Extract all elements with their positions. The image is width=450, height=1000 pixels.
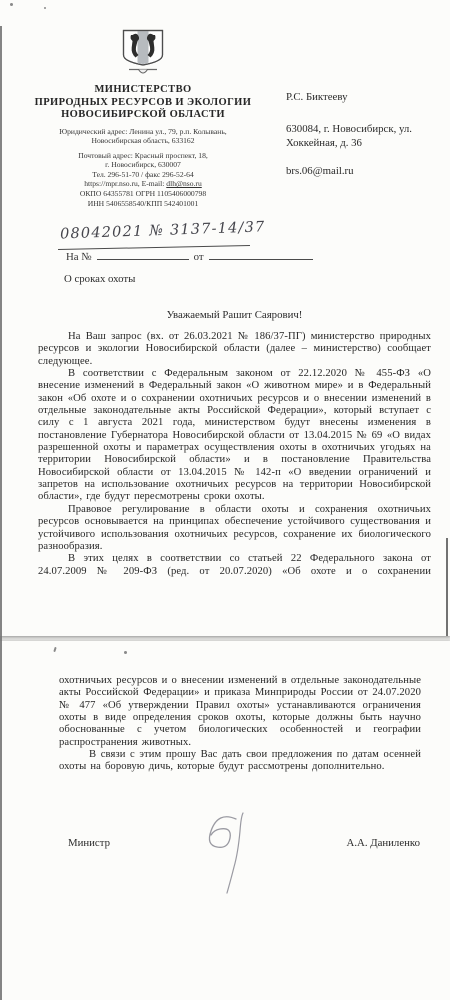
letter-page-2: охотничьих ресурсов и о внесении изменен…	[0, 641, 450, 1000]
in-reply-from: от	[194, 251, 204, 263]
scan-edge-shadow-right	[446, 538, 448, 636]
handwritten-registration-number: 08042021 № 3137-14/37	[60, 220, 260, 243]
blank-date-field	[209, 249, 313, 260]
paragraph: В этих целях в соответствии со статьей 2…	[38, 553, 431, 578]
inn-kpp-line: ИНН 5406558540/КПП 542401001	[24, 199, 262, 209]
scan-edge-shadow-left	[0, 26, 2, 1000]
okpo-ogrn-line: ОКПО 64355781 ОГРН 1105406000798	[24, 189, 262, 199]
addressee-address-line: 630084, г. Новосибирск, ул.	[286, 122, 446, 137]
postal-address-line: Почтовый адрес: Красный проспект, 18,	[24, 151, 262, 161]
paragraph: В связи с этим прошу Вас дать свои предл…	[59, 749, 421, 774]
scanned-letter: МИНИСТЕРСТВО ПРИРОДНЫХ РЕСУРСОВ И ЭКОЛОГ…	[0, 0, 450, 1000]
website-email-line: https://mpr.nso.ru, E-mail: dlh@nso.ru	[24, 179, 262, 189]
addressee-block: Р.С. Биктееву 630084, г. Новосибирск, ул…	[286, 90, 446, 178]
in-reply-to-line: На №от	[66, 249, 318, 263]
letter-page-1: МИНИСТЕРСТВО ПРИРОДНЫХ РЕСУРСОВ И ЭКОЛОГ…	[0, 0, 450, 636]
blank-number-field	[97, 249, 189, 260]
paragraph: Правовое регулирование в области охоты и…	[38, 504, 431, 553]
paragraph-continuation: охотничьих ресурсов и о внесении изменен…	[59, 675, 421, 749]
letter-body-page-2: охотничьих ресурсов и о внесении изменен…	[59, 675, 421, 774]
postal-address-line: г. Новосибирск, 630007	[24, 160, 262, 170]
ministry-name-line: НОВОСИБИРСКОЙ ОБЛАСТИ	[24, 109, 262, 122]
paragraph: На Ваш запрос (вх. от 26.03.2021 № 186/3…	[38, 331, 431, 368]
scan-speck	[44, 7, 46, 9]
email-link: dlh@nso.ru	[166, 179, 201, 188]
signer-name: А.А. Даниленко	[347, 837, 420, 849]
coat-of-arms-icon	[120, 28, 166, 80]
paragraph: В соответствии с Федеральным законом от …	[38, 368, 431, 504]
addressee-address-line: Хоккейная, д. 36	[286, 136, 446, 151]
addressee-email: brs.06@mail.ru	[286, 164, 446, 179]
salutation: Уважаемый Рашит Саярович!	[38, 309, 431, 321]
letterhead: МИНИСТЕРСТВО ПРИРОДНЫХ РЕСУРСОВ И ЭКОЛОГ…	[24, 28, 262, 208]
subject-line: О сроках охоты	[64, 273, 135, 285]
ministry-name-line: ПРИРОДНЫХ РЕСУРСОВ И ЭКОЛОГИИ	[24, 97, 262, 110]
ministry-name-line: МИНИСТЕРСТВО	[24, 84, 262, 97]
scan-speck	[53, 647, 56, 652]
scan-speck	[124, 651, 127, 654]
legal-address: Юридический адрес: Ленина ул., 79, р.п. …	[24, 127, 262, 146]
addressee-name: Р.С. Биктееву	[286, 90, 446, 105]
signer-position: Министр	[68, 837, 110, 849]
in-reply-prefix: На №	[66, 251, 92, 263]
letter-body-page-1: На Ваш запрос (вх. от 26.03.2021 № 186/3…	[38, 331, 431, 578]
legal-address-line: Юридический адрес: Ленина ул., 79, р.п. …	[24, 127, 262, 137]
postal-address: Почтовый адрес: Красный проспект, 18, г.…	[24, 151, 262, 209]
scan-speck	[10, 3, 13, 6]
postal-address-line: Тел. 296-51-70 / факс 296-52-64	[24, 170, 262, 180]
website-text: https://mpr.nso.ru, E-mail:	[84, 179, 166, 188]
ministry-name: МИНИСТЕРСТВО ПРИРОДНЫХ РЕСУРСОВ И ЭКОЛОГ…	[24, 84, 262, 122]
legal-address-line: Новосибирская область, 633162	[24, 136, 262, 146]
signature-icon	[196, 809, 260, 897]
signature-row: Министр А.А. Даниленко	[68, 837, 420, 849]
